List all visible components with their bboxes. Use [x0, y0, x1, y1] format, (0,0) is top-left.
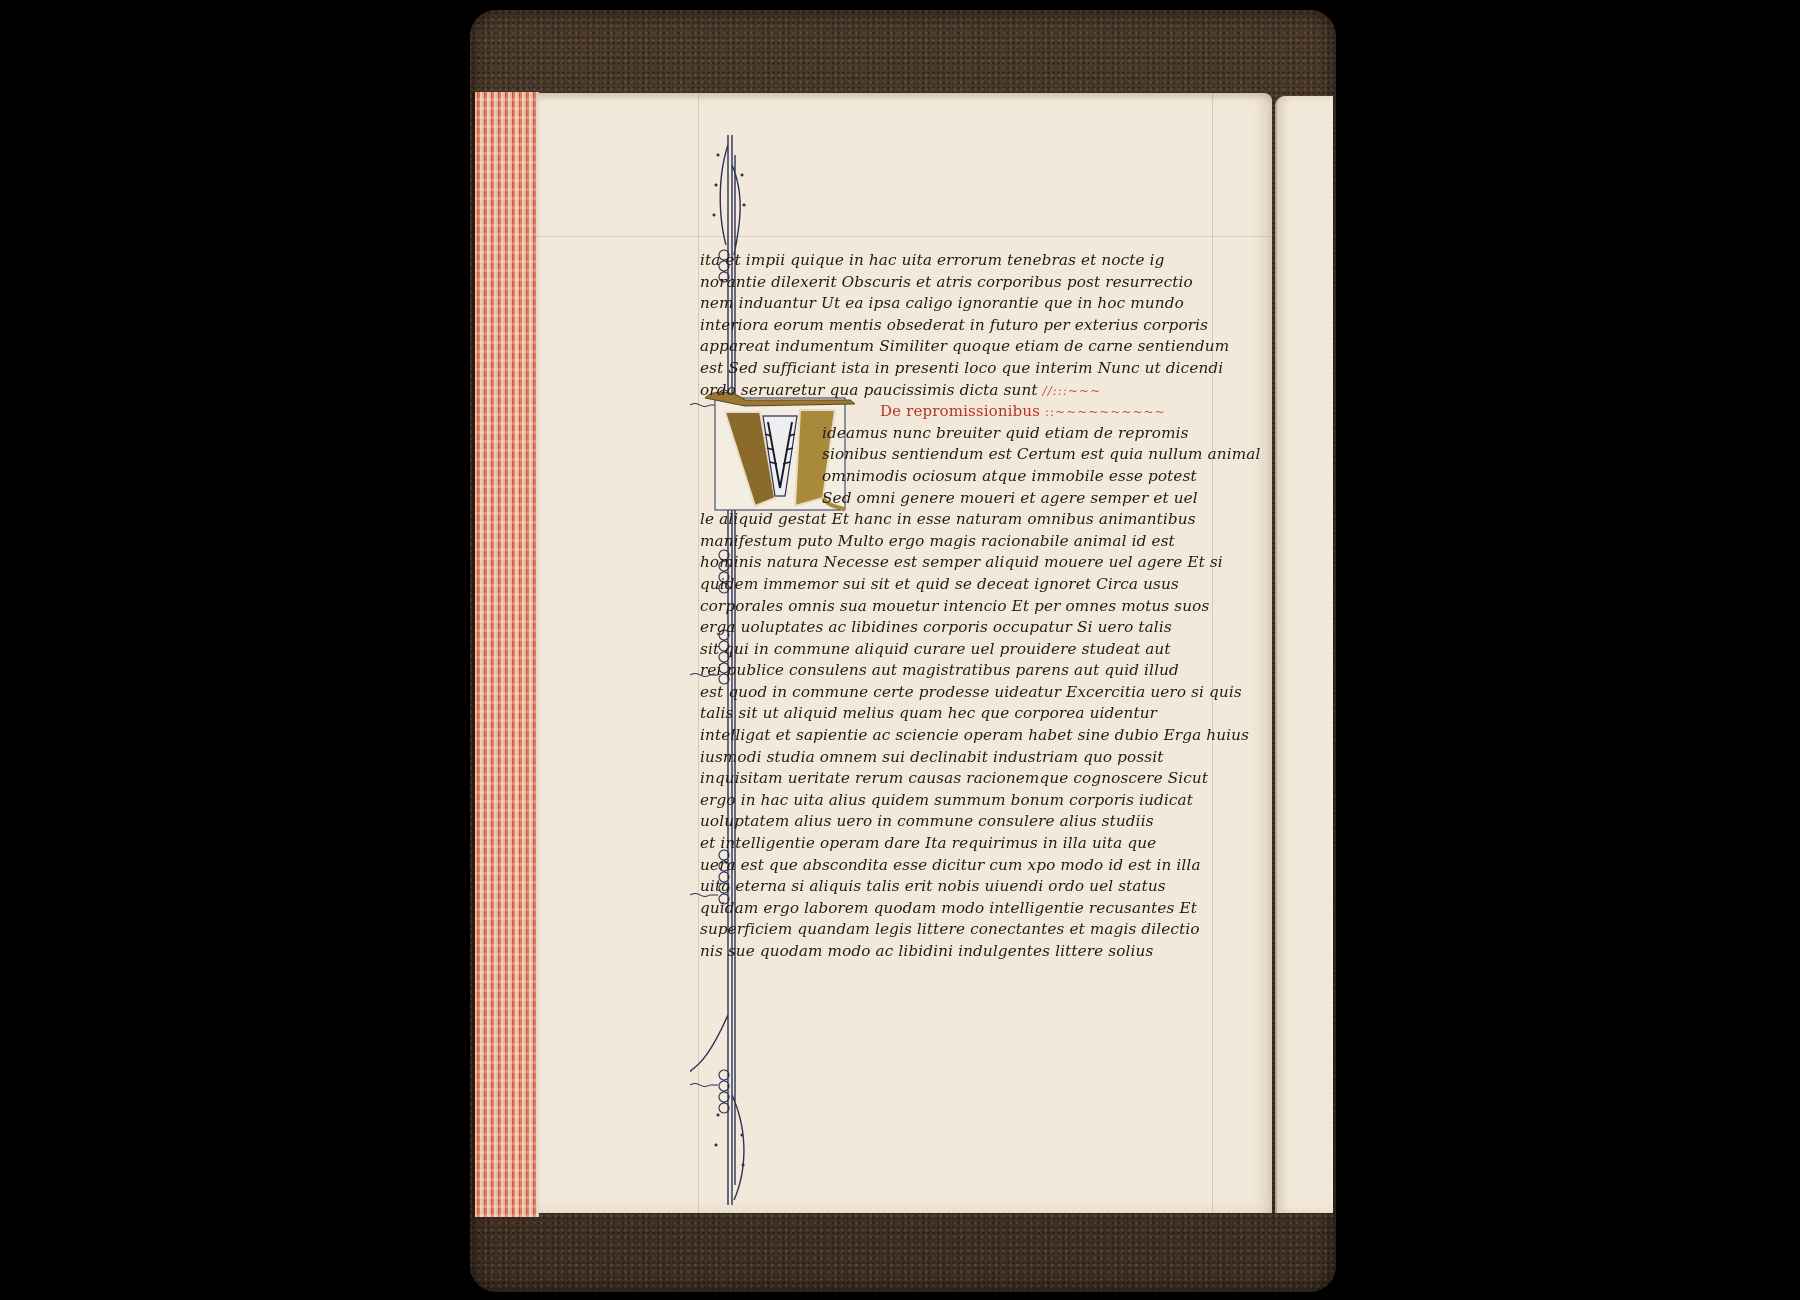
text-line: erga uoluptates ac libidines corporis oc… — [700, 617, 1240, 639]
rubric-flourish: ::~~~~~~~~~~ — [1045, 405, 1166, 419]
text-line: est quod in commune certe prodesse uidea… — [700, 682, 1240, 704]
text-line: uoluptatem alius uero in commune consule… — [700, 811, 1240, 833]
text-line: le aliquid gestat Et hanc in esse natura… — [700, 509, 1240, 531]
text-line: intelligat et sapientie ac sciencie oper… — [700, 725, 1240, 747]
text-line: interiora eorum mentis obsederat in futu… — [700, 315, 1240, 337]
text-line: ergo in hac uita alius quidem summum bon… — [700, 790, 1240, 812]
text-line: hominis natura Necesse est semper aliqui… — [700, 552, 1240, 574]
text-line: manifestum puto Multo ergo magis raciona… — [700, 531, 1240, 553]
text-line: quidem immemor sui sit et quid se deceat… — [700, 574, 1240, 596]
text-line: ordo seruaretur qua paucissimis dicta su… — [700, 380, 1240, 402]
text-line: iusmodi studia omnem sui declinabit indu… — [700, 747, 1240, 769]
rubric-text: De repromissionibus — [880, 402, 1040, 420]
text-line: superficiem quandam legis littere conect… — [700, 919, 1240, 941]
red-fore-edge — [472, 92, 539, 1217]
text-line: uera est que abscondita esse dicitur cum… — [700, 855, 1240, 877]
text-line: talis sit ut aliquid melius quam hec que… — [700, 703, 1240, 725]
text-line: inquisitam ueritate rerum causas racione… — [700, 768, 1240, 790]
text-line: omnimodis ociosum atque immobile esse po… — [700, 466, 1240, 488]
ruling-line-top — [536, 236, 1272, 237]
text-line: Sed omni genere moueri et agere semper e… — [700, 488, 1240, 510]
text-line-content: ordo seruaretur qua paucissimis dicta su… — [700, 381, 1038, 399]
text-line: quidam ergo laborem quodam modo intellig… — [700, 898, 1240, 920]
text-line: appareat indumentum Similiter quoque eti… — [700, 336, 1240, 358]
line-filler-flourish: //:::~~~ — [1043, 384, 1101, 398]
text-line: et intelligentie operam dare Ita requiri… — [700, 833, 1240, 855]
text-line: nem induantur Ut ea ipsa caligo ignorant… — [700, 293, 1240, 315]
text-line: ita et impii quique in hac uita errorum … — [700, 250, 1240, 272]
recto-page-edge — [1275, 96, 1333, 1213]
text-line: corporales omnis sua mouetur intencio Et… — [700, 596, 1240, 618]
rubric-heading: De repromissionibus ::~~~~~~~~~~ — [700, 401, 1240, 423]
text-line: uita eterna si aliquis talis erit nobis … — [700, 876, 1240, 898]
text-line: norantie dilexerit Obscuris et atris cor… — [700, 272, 1240, 294]
text-line: sit qui in commune aliquid curare uel pr… — [700, 639, 1240, 661]
text-line: rei publice consulens aut magistratibus … — [700, 660, 1240, 682]
text-line: nis sue quodam modo ac libidini indulgen… — [700, 941, 1240, 963]
text-line: sionibus sentiendum est Certum est quia … — [700, 444, 1240, 466]
text-line: ideamus nunc breuiter quid etiam de repr… — [700, 423, 1240, 445]
manuscript-text-block: ita et impii quique in hac uita errorum … — [700, 250, 1240, 963]
text-line: est Sed sufficiant ista in presenti loco… — [700, 358, 1240, 380]
